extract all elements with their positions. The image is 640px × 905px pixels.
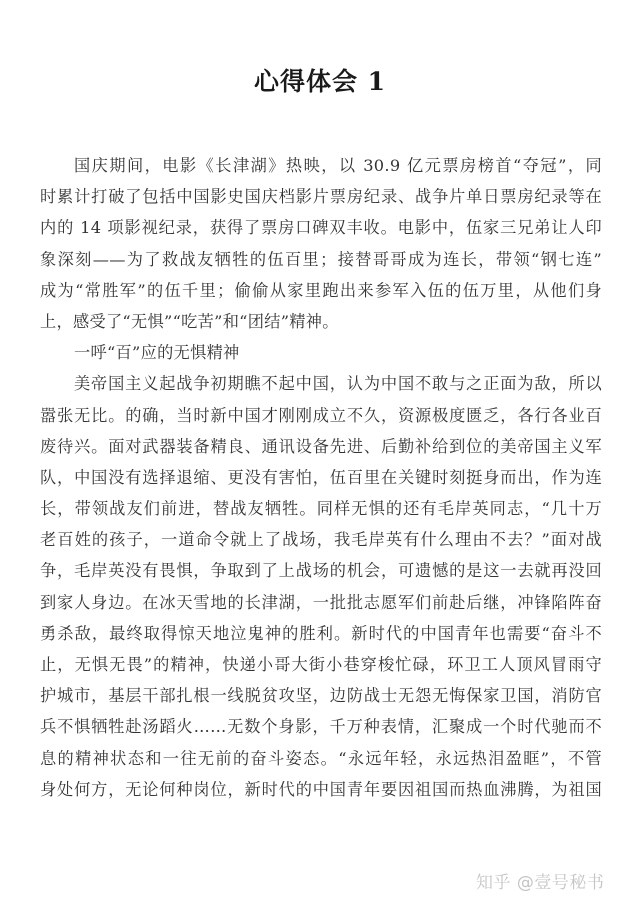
document-body: 国庆期间，电影《长津湖》热映，以 30.9 亿元票房榜首“夺冠”，同时累计打破了… bbox=[40, 150, 602, 805]
text-line: 时累计打破了包括中国影史国庆档影片票房纪录、战争片单日票房纪录等在 bbox=[40, 181, 602, 212]
text-line: 上，感受了“无惧”“吃苦”和“团结”精神。 bbox=[40, 306, 602, 337]
text-line: 内的 14 项影视纪录，获得了票房口碑双丰收。电影中，伍家三兄弟让人印 bbox=[40, 212, 602, 243]
text-line: 勇杀敌，最终取得惊天地泣鬼神的胜利。新时代的中国青年也需要“奋斗不 bbox=[40, 618, 602, 649]
text-line: 到家人身边。在冰天雪地的长津湖，一批批志愿军们前赴后继，冲锋陷阵奋 bbox=[40, 587, 602, 618]
text-line: 废待兴。面对武器装备精良、通讯设备先进、后勤补给到位的美帝国主义军 bbox=[40, 431, 602, 462]
text-line: 一呼“百”应的无惧精神 bbox=[40, 337, 602, 368]
watermark: 知乎 @壹号秘书 bbox=[476, 868, 604, 893]
page-title: 心得体会 1 bbox=[0, 62, 640, 98]
text-line: 长，带领战友们前进，替战友牺牲。同样无惧的还有毛岸英同志，“几十万 bbox=[40, 493, 602, 524]
text-line: 身处何方，无论何种岗位，新时代的中国青年要因祖国而热血沸腾，为祖国 bbox=[40, 774, 602, 805]
text-line: 嚣张无比。的确，当时新中国才刚刚成立不久，资源极度匮乏，各行各业百 bbox=[40, 400, 602, 431]
text-line: 象深刻——为了救战友牺牲的伍百里；接替哥哥成为连长，带领“钢七连” bbox=[40, 244, 602, 275]
document-page: 心得体会 1 国庆期间，电影《长津湖》热映，以 30.9 亿元票房榜首“夺冠”，… bbox=[0, 0, 640, 905]
text-line: 争，毛岸英没有畏惧，争取到了上战场的机会，可遗憾的是这一去就再没回 bbox=[40, 555, 602, 586]
text-line: 止，无惧无畏”的精神，快递小哥大街小巷穿梭忙碌，环卫工人顶风冒雨守 bbox=[40, 649, 602, 680]
text-line: 美帝国主义起战争初期瞧不起中国，认为中国不敢与之正面为敌，所以 bbox=[40, 368, 602, 399]
text-line: 兵不惧牺牲赴汤蹈火……无数个身影，千万种表情，汇聚成一个时代驰而不 bbox=[40, 711, 602, 742]
text-line: 息的精神状态和一往无前的奋斗姿态。“永远年轻，永远热泪盈眶”，不管 bbox=[40, 743, 602, 774]
text-line: 国庆期间，电影《长津湖》热映，以 30.9 亿元票房榜首“夺冠”，同 bbox=[40, 150, 602, 181]
text-line: 成为“常胜军”的伍千里；偷偷从家里跑出来参军入伍的伍万里，从他们身 bbox=[40, 275, 602, 306]
text-line: 队，中国没有选择退缩、更没有害怕，伍百里在关键时刻挺身而出，作为连 bbox=[40, 462, 602, 493]
text-line: 老百姓的孩子，一道命令就上了战场，我毛岸英有什么理由不去？”面对战 bbox=[40, 524, 602, 555]
text-line: 护城市，基层干部扎根一线脱贫攻坚，边防战士无怨无悔保家卫国，消防官 bbox=[40, 680, 602, 711]
